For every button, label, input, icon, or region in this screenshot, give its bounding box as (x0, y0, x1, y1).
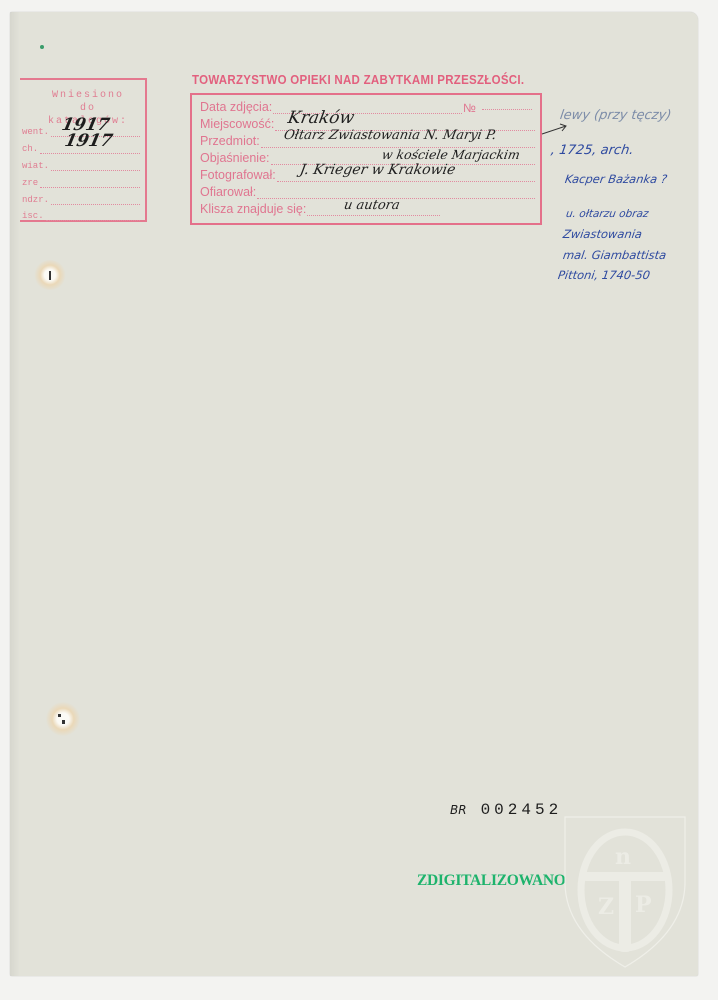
catalogue-row: zre (22, 174, 140, 188)
handwritten-negative-location: u autora (343, 198, 401, 213)
catalog-number: BR 002452 (450, 801, 562, 819)
catalogue-row: isc. (22, 207, 140, 221)
svg-text:Z: Z (598, 894, 614, 920)
record-card: Wniesiono do katalogów: went. ch. wiat. … (10, 12, 698, 976)
society-title: TOWARZYSTWO OPIEKI NAD ZABYTKAMI PRZESZŁ… (192, 73, 514, 87)
ink-note-line: mal. Giambattista (562, 248, 667, 262)
catalogue-row: ndzr. (22, 191, 140, 205)
pin-hole (46, 702, 80, 736)
pin-hole (34, 260, 66, 290)
number-line (482, 109, 532, 110)
society-logo-watermark-icon: n Z P (560, 812, 690, 972)
ink-spot (40, 45, 44, 49)
svg-text:n: n (615, 844, 631, 870)
arrow-icon (541, 122, 569, 138)
ink-note-line: Pittoni, 1740-50 (557, 268, 651, 282)
digitized-stamp: ZDIGITALIZOWANO (417, 872, 566, 890)
handwritten-place: Kraków (286, 108, 356, 128)
handwritten-year: 1917 (63, 131, 115, 151)
handwritten-photographer: J. Krieger w Krakowie (299, 162, 457, 178)
handwritten-subject: Ołtarz Zwiastowania N. Maryi P. (283, 128, 498, 143)
ink-note-line: Zwiastowania (562, 227, 643, 241)
field-negative-location: Klisza znajduje się: (200, 199, 440, 216)
svg-text:P: P (635, 892, 652, 918)
ink-note-line: u. ołtarzu obraz (565, 208, 649, 220)
catalogue-stamp: Wniesiono do katalogów: went. ch. wiat. … (20, 78, 147, 222)
catalogue-row: wiat. (22, 157, 140, 171)
catalogue-title-line1: Wniesiono (38, 89, 138, 102)
pencil-note: lewy (przy tęczy) (559, 108, 672, 123)
catalog-prefix: BR (450, 803, 467, 817)
catalog-number-value: 002452 (481, 801, 563, 819)
ink-note-line: , 1725, arch. (550, 143, 635, 158)
ink-note-line: Kacper Bażanka ? (564, 172, 668, 186)
field-donor: Ofiarował: (200, 182, 535, 199)
number-label: № (463, 101, 476, 115)
handwritten-explanation: w kościele Marjackim (381, 147, 522, 162)
society-stamp: Data zdjęcia: № Miejscowość: Przedmiot: … (190, 93, 542, 225)
